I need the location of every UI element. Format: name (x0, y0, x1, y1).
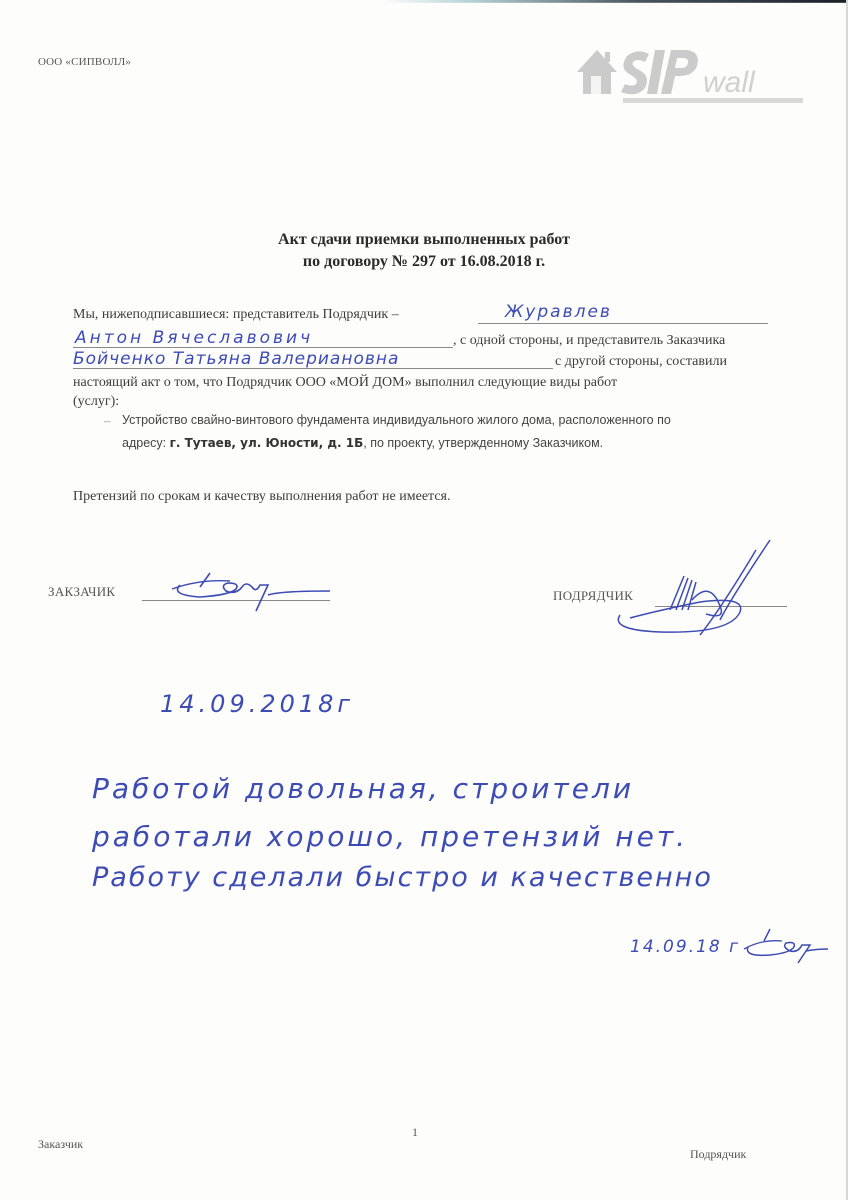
customer-signature-label: ЗАКЗАЧИК (48, 584, 115, 600)
address-suffix: , по проекту, утвержденному Заказчиком. (363, 436, 603, 450)
company-name: ООО «СИПВОЛЛ» (38, 56, 131, 68)
work-item-line-2: адресу: г. Тутаев, ул. Юности, д. 1Б, по… (122, 436, 603, 450)
contractor-rep-name-handwritten: Антон Вячеславович (75, 328, 313, 348)
closing-signature (740, 925, 830, 970)
title-line-2: по договору № 297 от 16.08.2018 г. (0, 251, 848, 273)
work-address: г. Тутаев, ул. Юности, д. 1Б (170, 436, 364, 450)
handwritten-closing-date: 14.09.18 г (630, 937, 740, 957)
no-claims-statement: Претензий по срокам и качеству выполнени… (73, 487, 450, 506)
house-icon: wall (575, 42, 815, 104)
intro-line-1: Мы, нижеподписавшиеся: представитель Под… (73, 305, 399, 324)
handwritten-review-line-3: Работу сделали быстро и качественно (92, 862, 713, 893)
contractor-rep-name-line (73, 347, 453, 348)
customer-rep-handwritten: Бойченко Татьяна Валериановна (73, 349, 399, 369)
customer-rep-line (73, 368, 553, 369)
document-title: Акт сдачи приемки выполненных работ по д… (0, 229, 848, 273)
intro-line-4: настоящий акт о том, что Подрядчик ООО «… (73, 373, 617, 392)
work-item-line-1: Устройство свайно-винтового фундамента и… (122, 413, 671, 427)
contractor-rep-surname-handwritten: Журавлев (505, 302, 612, 322)
handwritten-date: 14.09.2018г (160, 690, 354, 718)
title-line-1: Акт сдачи приемки выполненных работ (0, 229, 848, 251)
intro-line-2: , с одной стороны, и представитель Заказ… (453, 331, 725, 350)
svg-text:wall: wall (703, 66, 756, 99)
footer-contractor: Подрядчик (690, 1147, 746, 1162)
intro-line-3: с другой стороны, составили (555, 352, 727, 371)
intro-line-5: (услуг): (73, 392, 119, 411)
footer-customer: Заказчик (38, 1137, 83, 1152)
contractor-rep-field-line (478, 323, 768, 324)
handwritten-review-line-1: Работой довольная, строители (92, 772, 634, 805)
handwritten-review-line-2: работали хорошо, претензий нет. (92, 820, 688, 853)
sipwall-logo: wall (575, 42, 815, 102)
list-bullet-dash: – (104, 413, 111, 429)
address-prefix: адресу: (122, 436, 170, 450)
page-number: 1 (412, 1125, 418, 1140)
contractor-signature (580, 540, 790, 645)
customer-signature (140, 565, 340, 620)
scan-edge-top (0, 0, 848, 3)
